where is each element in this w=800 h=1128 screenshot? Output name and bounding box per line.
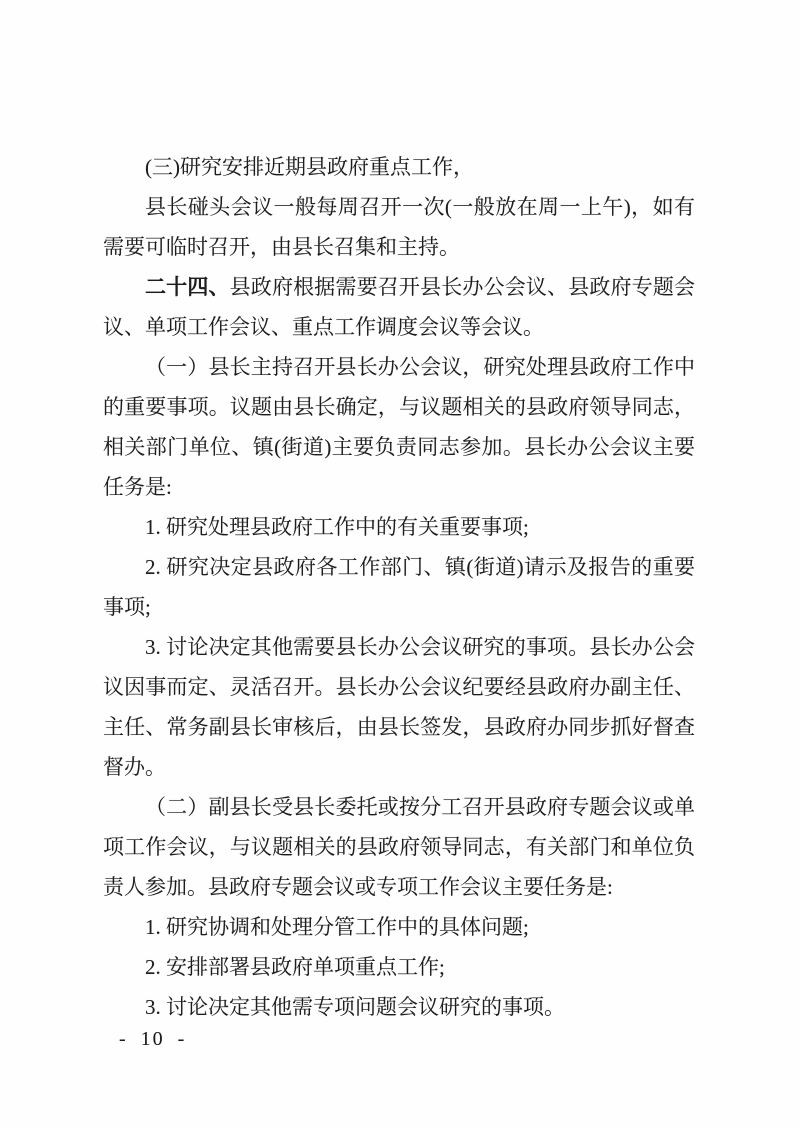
paragraph-text: （一）县长主持召开县长办公会议，研究处理县政府工作中的重要事项。议题由县长确定，… [103,355,695,499]
paragraph-subtask-2: 2. 安排部署县政府单项重点工作; [103,947,695,987]
paragraph-mayor-meeting: 县长碰头会议一般每周召开一次(一般放在周一上午)，如有需要可临时召开，由县长召集… [103,187,695,267]
paragraph-subtask-3: 3. 讨论决定其他需专项问题会议研究的事项。 [103,987,695,1027]
paragraph-task-1: 1. 研究处理县政府工作中的有关重要事项; [103,507,695,547]
paragraph-text: （二）副县长受县长委托或按分工召开县政府专题会议或单项工作会议，与议题相关的县政… [103,795,695,899]
paragraph-item-2: （二）副县长受县长委托或按分工召开县政府专题会议或单项工作会议，与议题相关的县政… [103,787,695,907]
section-number: 二十四、 [145,275,230,299]
paragraph-text: 2. 安排部署县政府单项重点工作; [145,955,445,979]
paragraph-text: 3. 讨论决定其他需专项问题会议研究的事项。 [145,995,565,1019]
paragraph-subtask-1: 1. 研究协调和处理分管工作中的具体问题; [103,907,695,947]
paragraph-text: 县长碰头会议一般每周召开一次(一般放在周一上午)，如有需要可临时召开，由县长召集… [103,195,695,259]
document-page: (三)研究安排近期县政府重点工作， 县长碰头会议一般每周召开一次(一般放在周一上… [0,0,800,1128]
paragraph-task-3: 3. 讨论决定其他需要县长办公会议研究的事项。县长办公会议因事而定、灵活召开。县… [103,627,695,787]
paragraph-text: 1. 研究协调和处理分管工作中的具体问题; [145,915,529,939]
paragraph-item-3: (三)研究安排近期县政府重点工作， [103,147,695,187]
paragraph-item-1: （一）县长主持召开县长办公会议，研究处理县政府工作中的重要事项。议题由县长确定，… [103,347,695,507]
page-number: - 10 - [119,1027,186,1051]
paragraph-text: 1. 研究处理县政府工作中的有关重要事项; [145,515,529,539]
paragraph-text: (三)研究安排近期县政府重点工作， [145,155,474,179]
paragraph-text: 2. 研究决定县政府各工作部门、镇(街道)请示及报告的重要事项; [103,555,695,619]
paragraph-task-2: 2. 研究决定县政府各工作部门、镇(街道)请示及报告的重要事项; [103,547,695,627]
paragraph-article-24: 二十四、县政府根据需要召开县长办公会议、县政府专题会议、单项工作会议、重点工作调… [103,267,695,347]
paragraph-text: 3. 讨论决定其他需要县长办公会议研究的事项。县长办公会议因事而定、灵活召开。县… [103,635,695,779]
document-body: (三)研究安排近期县政府重点工作， 县长碰头会议一般每周召开一次(一般放在周一上… [103,147,695,1027]
